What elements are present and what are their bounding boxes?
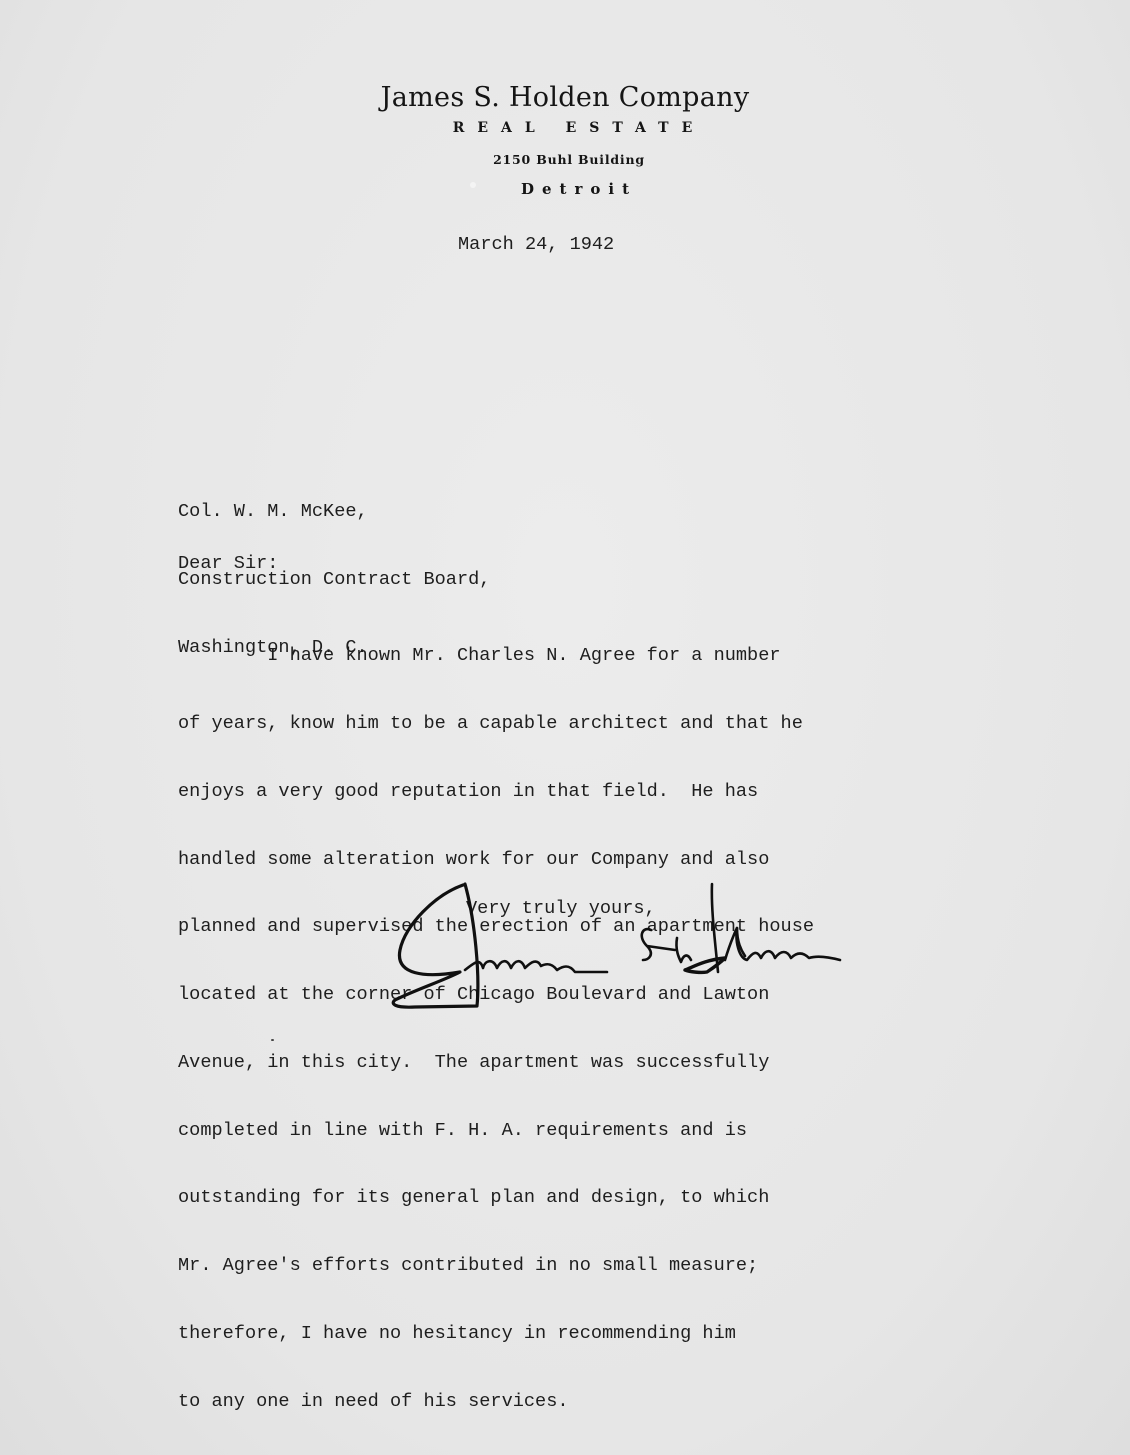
body-line: Avenue, in this city. The apartment was … — [178, 1052, 814, 1075]
body-line: therefore, I have no hesitancy in recomm… — [178, 1323, 814, 1346]
salutation: Dear Sir: — [178, 553, 278, 576]
recipient-line: Col. W. M. McKee, — [178, 501, 490, 524]
body-line: of years, know him to be a capable archi… — [178, 713, 814, 736]
body-line: outstanding for its general plan and des… — [178, 1187, 814, 1210]
paper-speck — [271, 1039, 274, 1041]
paper-speck — [470, 182, 476, 188]
body-line: Mr. Agree's efforts contributed in no sm… — [178, 1255, 814, 1278]
body-line: completed in line with F. H. A. requirem… — [178, 1120, 814, 1143]
letterhead-address: 2150 Buhl Building — [0, 152, 1130, 167]
body-line: I have known Mr. Charles N. Agree for a … — [178, 645, 814, 668]
body-line: enjoys a very good reputation in that fi… — [178, 781, 814, 804]
letterhead-city: Detroit — [0, 180, 1130, 198]
letterhead-tagline: REAL ESTATE — [0, 120, 1130, 136]
letter-body: I have known Mr. Charles N. Agree for a … — [178, 600, 814, 1455]
body-line: handled some alteration work for our Com… — [178, 849, 814, 872]
letter-date: March 24, 1942 — [458, 234, 614, 257]
body-line: to any one in need of his services. — [178, 1391, 814, 1414]
letter-page: James S. Holden Company REAL ESTATE 2150… — [0, 0, 1130, 1455]
handwritten-signature — [385, 880, 995, 1020]
letterhead-company-name: James S. Holden Company — [0, 82, 1130, 113]
